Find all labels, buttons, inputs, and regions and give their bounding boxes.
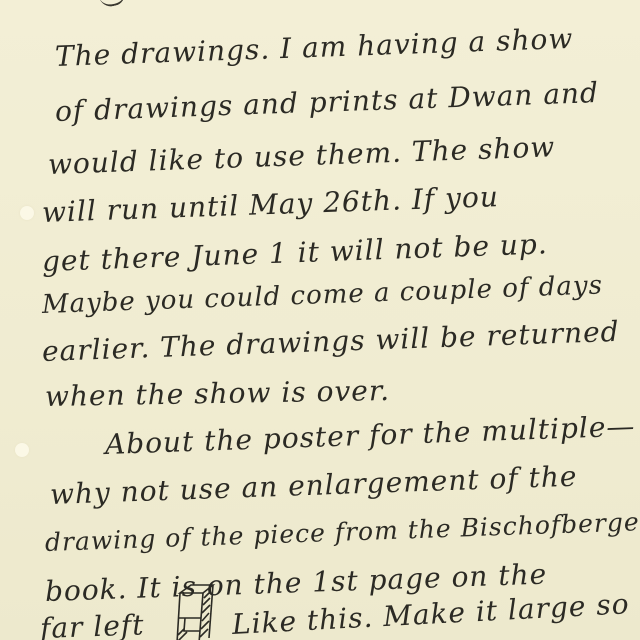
letter-line-7: earlier. The drawings will be returned [41, 315, 620, 368]
letter-line-13: far left [39, 608, 145, 640]
punch-hole-top [20, 206, 34, 220]
letter-line-5: get there June 1 it will not be up. [41, 227, 548, 278]
letter-line-9: About the poster for the multiple— [104, 409, 636, 461]
letter-page: The drawings. I am having a show of draw… [0, 0, 640, 640]
letter-line-3: would like to use them. The show [47, 130, 555, 181]
letter-line-10: why not use an enlargement of the [49, 460, 578, 511]
partial-previous-line-stroke [99, 0, 127, 9]
letter-line-6: Maybe you could come a couple of days [41, 270, 603, 320]
letter-line-4: will run until May 26th. If you [41, 180, 499, 229]
letter-line-8: when the show is over. [45, 374, 391, 413]
punch-hole-bottom [15, 443, 29, 457]
letter-line-11: drawing of the piece from the Bischofber… [44, 507, 640, 557]
box-sketch-icon [175, 583, 220, 640]
letter-line-1: The drawings. I am having a show [54, 22, 573, 73]
letter-line-2: of drawings and prints at Dwan and [54, 76, 599, 128]
